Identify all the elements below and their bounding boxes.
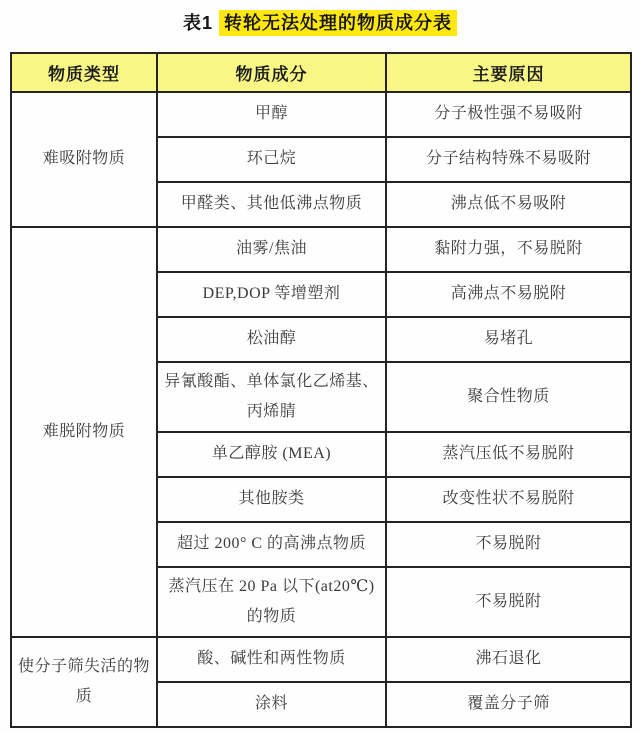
- table-title-highlighted: 转轮无法处理的物质成分表: [219, 10, 457, 36]
- table-row: 难脱附物质油雾/焦油黏附力强，不易脱附: [11, 227, 631, 272]
- reason-cell: 沸点低不易吸附: [386, 182, 631, 227]
- reason-cell: 聚合性物质: [386, 362, 631, 432]
- header-substance-component: 物质成分: [157, 53, 386, 92]
- component-cell: 其他胺类: [157, 477, 386, 522]
- component-cell: 松油醇: [157, 317, 386, 362]
- table-header: 物质类型 物质成分 主要原因: [11, 53, 631, 92]
- component-cell: DEP,DOP 等增塑剂: [157, 272, 386, 317]
- reason-cell: 改变性状不易脱附: [386, 477, 631, 522]
- component-cell: 蒸汽压在 20 Pa 以下(at20℃) 的物质: [157, 567, 386, 637]
- table-title: 表1转轮无法处理的物质成分表: [0, 0, 640, 35]
- component-cell: 甲醇: [157, 92, 386, 137]
- reason-cell: 黏附力强，不易脱附: [386, 227, 631, 272]
- table-body: 难吸附物质甲醇分子极性强不易吸附环己烷分子结构特殊不易吸附甲醛类、其他低沸点物质…: [11, 92, 631, 727]
- table-title-prefix: 表1: [183, 13, 213, 33]
- component-cell: 酸、碱性和两性物质: [157, 637, 386, 682]
- reason-cell: 不易脱附: [386, 567, 631, 637]
- component-cell: 甲醛类、其他低沸点物质: [157, 182, 386, 227]
- header-main-reason: 主要原因: [386, 53, 631, 92]
- component-cell: 涂料: [157, 682, 386, 727]
- substance-type-cell: 难吸附物质: [11, 92, 157, 227]
- component-cell: 油雾/焦油: [157, 227, 386, 272]
- reason-cell: 蒸汽压低不易脱附: [386, 432, 631, 477]
- header-row: 物质类型 物质成分 主要原因: [11, 53, 631, 92]
- reason-cell: 分子极性强不易吸附: [386, 92, 631, 137]
- table-row: 使分子筛失活的物质酸、碱性和两性物质沸石退化: [11, 637, 631, 682]
- header-substance-type: 物质类型: [11, 53, 157, 92]
- reason-cell: 覆盖分子筛: [386, 682, 631, 727]
- substance-type-cell: 难脱附物质: [11, 227, 157, 637]
- substance-type-cell: 使分子筛失活的物质: [11, 637, 157, 727]
- reason-cell: 不易脱附: [386, 522, 631, 567]
- substances-table: 物质类型 物质成分 主要原因 难吸附物质甲醇分子极性强不易吸附环己烷分子结构特殊…: [10, 52, 632, 728]
- reason-cell: 分子结构特殊不易吸附: [386, 137, 631, 182]
- reason-cell: 沸石退化: [386, 637, 631, 682]
- page: 表1转轮无法处理的物质成分表 物质类型 物质成分 主要原因 难吸附物质甲醇分子极…: [0, 0, 640, 733]
- component-cell: 超过 200° C 的高沸点物质: [157, 522, 386, 567]
- component-cell: 单乙醇胺 (MEA): [157, 432, 386, 477]
- reason-cell: 高沸点不易脱附: [386, 272, 631, 317]
- reason-cell: 易堵孔: [386, 317, 631, 362]
- component-cell: 异氰酸酯、单体氯化乙烯基、 丙烯腈: [157, 362, 386, 432]
- component-cell: 环己烷: [157, 137, 386, 182]
- table-row: 难吸附物质甲醇分子极性强不易吸附: [11, 92, 631, 137]
